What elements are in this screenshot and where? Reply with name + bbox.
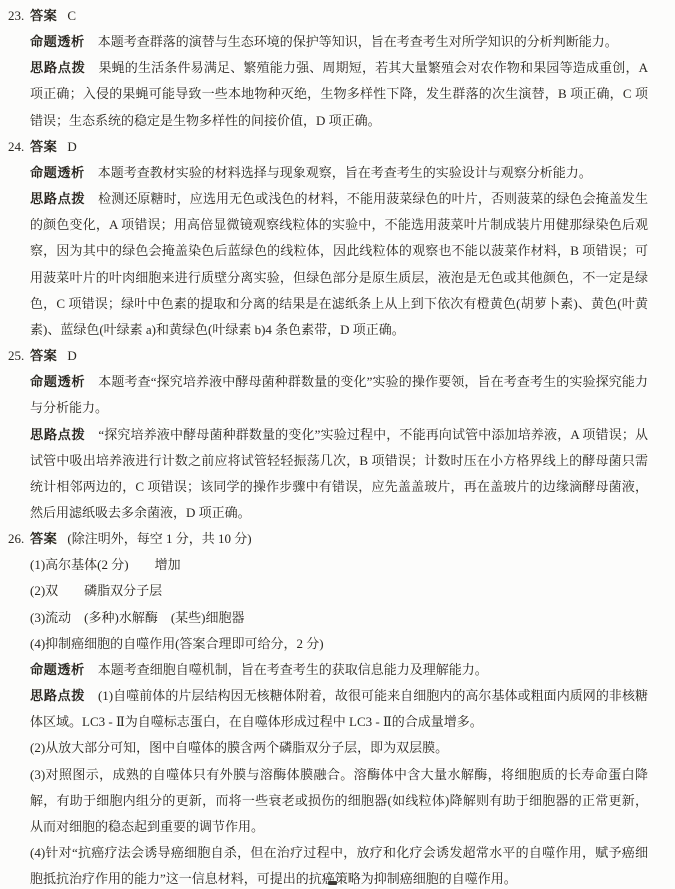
question-number: 23.: [8, 3, 24, 29]
answer-label: 答案: [30, 531, 57, 546]
question-25: 25.答案D 命题透析本题考查“探究培养液中酵母菌种群数量的变化”实验的操作要领…: [0, 343, 675, 526]
analysis-text: 本题考查细胞自噬机制，旨在考查考生的获取信息能力及理解能力。: [98, 662, 488, 677]
answer-line-2: (2)双 磷脂双分子层: [30, 578, 648, 604]
answer-line-1: (1)高尔基体(2 分) 增加: [30, 552, 648, 578]
tips-paragraph-4: (4)针对“抗癌疗法会诱导癌细胞自杀，但在治疗过程中，放疗和化疗会诱发超常水平的…: [30, 840, 648, 889]
answer-label: 答案: [30, 348, 57, 363]
tips-paragraph-3: (3)对照图示，成熟的自噬体只有外膜与溶酶体膜融合。溶酶体中含大量水解酶，将细胞…: [30, 762, 648, 840]
tips-label: 思路点拨: [30, 191, 85, 206]
tips-text: 果蝇的生活条件易满足、繁殖能力强、周期短，若其大量繁殖会对农作物和果园等造成重创…: [30, 60, 648, 127]
analysis-paragraph: 命题透析本题考查教材实验的材料选择与现象观察，旨在考查考生的实验设计与观察分析能…: [30, 160, 648, 186]
question-26: 26.答案(除注明外，每空 1 分，共 10 分) (1)高尔基体(2 分) 增…: [0, 526, 675, 889]
analysis-label: 命题透析: [30, 34, 85, 49]
tips-label: 思路点拨: [30, 688, 85, 703]
question-23: 23.答案C 命题透析本题考查群落的演替与生态环境的保护等知识，旨在考查考生对所…: [0, 3, 675, 134]
question-number: 25.: [8, 343, 24, 369]
tips-text: “探究培养液中酵母菌种群数量的变化”实验过程中，不能再向试管中添加培养液，A 项…: [30, 427, 648, 520]
answer-label: 答案: [30, 8, 57, 23]
answer-letter: D: [67, 348, 76, 363]
answer-line-3: (3)流动 (多种)水解酶 (某些)细胞器: [30, 605, 648, 631]
page-number-partial-mark: [328, 881, 337, 885]
analysis-text: 本题考查教材实验的材料选择与现象观察，旨在考查考生的实验设计与观察分析能力。: [98, 165, 592, 180]
tips-text-1: (1)自噬前体的片层结构因无核糖体附着，故很可能来自细胞内的高尔基体或粗面内质网…: [30, 688, 648, 729]
answer-scoring-note: (除注明外，每空 1 分，共 10 分): [67, 531, 251, 546]
question-24: 24.答案D 命题透析本题考查教材实验的材料选择与现象观察，旨在考查考生的实验设…: [0, 134, 675, 343]
tips-label: 思路点拨: [30, 427, 85, 442]
tips-paragraph-2: (2)从放大部分可知，图中自噬体的膜含两个磷脂双分子层，即为双层膜。: [30, 735, 648, 761]
analysis-paragraph: 命题透析本题考查群落的演替与生态环境的保护等知识，旨在考查考生对所学知识的分析判…: [30, 29, 648, 55]
answer-label: 答案: [30, 139, 57, 154]
tips-paragraph: 思路点拨检测还原糖时，应选用无色或浅色的材料，不能用菠菜绿色的叶片，否则菠菜的绿…: [30, 186, 648, 343]
question-number: 24.: [8, 134, 24, 160]
question-header: 24.答案D: [30, 134, 648, 160]
question-header: 25.答案D: [30, 343, 648, 369]
tips-label: 思路点拨: [30, 60, 85, 75]
answer-key-page: 23.答案C 命题透析本题考查群落的演替与生态环境的保护等知识，旨在考查考生对所…: [0, 0, 675, 889]
answer-line-4: (4)抑制癌细胞的自噬作用(答案合理即可给分，2 分): [30, 631, 648, 657]
answer-letter: D: [67, 139, 76, 154]
tips-paragraph: 思路点拨“探究培养液中酵母菌种群数量的变化”实验过程中，不能再向试管中添加培养液…: [30, 422, 648, 527]
analysis-label: 命题透析: [30, 165, 85, 180]
tips-text: 检测还原糖时，应选用无色或浅色的材料，不能用菠菜绿色的叶片，否则菠菜的绿色会掩盖…: [30, 191, 648, 337]
tips-paragraph-1: 思路点拨(1)自噬前体的片层结构因无核糖体附着，故很可能来自细胞内的高尔基体或粗…: [30, 683, 648, 735]
analysis-paragraph: 命题透析本题考查“探究培养液中酵母菌种群数量的变化”实验的操作要领，旨在考查考生…: [30, 369, 648, 421]
question-header: 26.答案(除注明外，每空 1 分，共 10 分): [30, 526, 648, 552]
question-number: 26.: [8, 526, 24, 552]
analysis-text: 本题考查群落的演替与生态环境的保护等知识，旨在考查考生对所学知识的分析判断能力。: [98, 34, 618, 49]
answer-letter: C: [67, 8, 76, 23]
analysis-label: 命题透析: [30, 374, 85, 389]
analysis-paragraph: 命题透析本题考查细胞自噬机制，旨在考查考生的获取信息能力及理解能力。: [30, 657, 648, 683]
question-header: 23.答案C: [30, 3, 648, 29]
analysis-label: 命题透析: [30, 662, 85, 677]
tips-paragraph: 思路点拨果蝇的生活条件易满足、繁殖能力强、周期短，若其大量繁殖会对农作物和果园等…: [30, 55, 648, 133]
analysis-text: 本题考查“探究培养液中酵母菌种群数量的变化”实验的操作要领，旨在考查考生的实验探…: [30, 374, 648, 415]
